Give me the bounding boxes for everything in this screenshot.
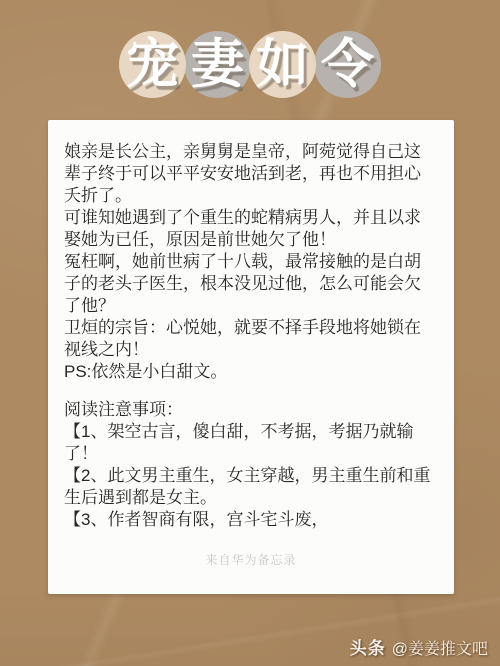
- text-line: 了！: [64, 443, 446, 465]
- text-line: 卫烜的宗旨：心悦她，就要不择手段地将她锁在: [64, 317, 446, 339]
- text-line: 视线之内！: [64, 339, 446, 361]
- text-line: 娶她为已任，原因是前世她欠了他！: [64, 229, 446, 251]
- text-line: 可谁知她遇到了个重生的蛇精病男人，并且以求: [64, 207, 446, 229]
- text-line: 冤枉啊，她前世病了十八载，最常接触的是白胡: [64, 251, 446, 273]
- text-line: 生后遇到都是女主。: [64, 487, 446, 509]
- text-line: 【1、架空古言，傻白甜，不考据，考据乃就输: [64, 421, 446, 443]
- title-char-3: 如: [256, 38, 309, 91]
- text-line: 子的老头子医生，根本没见过他，怎么可能会欠: [64, 273, 446, 295]
- toutiao-logo-text: 头条: [350, 639, 386, 658]
- text-line: 辈子终于可以平平安安地活到老，再也不用担心: [64, 163, 446, 185]
- text-line: PS:依然是小白甜文。: [64, 361, 446, 383]
- note-card: 娘亲是长公主，亲舅舅是皇帝，阿菀觉得自己这 辈子终于可以平平安安地活到老，再也不…: [48, 120, 454, 594]
- text-line: 了他？: [64, 295, 446, 317]
- title-char-1: 宠: [126, 38, 179, 91]
- memo-source-note: 来自华为备忘录: [48, 551, 454, 568]
- reading-notes-section: 阅读注意事项： 【1、架空古言，傻白甜，不考据，考据乃就输 了！ 【2、此文男主…: [64, 399, 446, 531]
- note-body: 娘亲是长公主，亲舅舅是皇帝，阿菀觉得自己这 辈子终于可以平平安安地活到老，再也不…: [64, 141, 446, 531]
- title-char-2: 妻: [191, 38, 244, 91]
- title: 宠 妻 如 令: [0, 31, 500, 98]
- text-line: 【2、此文男主重生，女主穿越，男主重生前和重: [64, 465, 446, 487]
- poster-background: 宠 妻 如 令 娘亲是长公主，亲舅舅是皇帝，阿菀觉得自己这 辈子终于可以平平安安…: [0, 0, 500, 666]
- title-circle-4: 令: [314, 31, 381, 98]
- title-circle-3: 如: [249, 31, 316, 98]
- text-line: 阅读注意事项：: [64, 399, 446, 421]
- watermark: 头条@姜姜推文吧: [350, 634, 488, 659]
- text-line: 【3、作者智商有限，宫斗宅斗废，: [64, 509, 446, 531]
- text-line: 娘亲是长公主，亲舅舅是皇帝，阿菀觉得自己这: [64, 141, 446, 163]
- title-char-4: 令: [321, 38, 374, 91]
- text-line: 夭折了。: [64, 185, 446, 207]
- title-circle-2: 妻: [184, 31, 251, 98]
- watermark-handle: @姜姜推文吧: [392, 641, 488, 658]
- title-circle-1: 宠: [119, 31, 186, 98]
